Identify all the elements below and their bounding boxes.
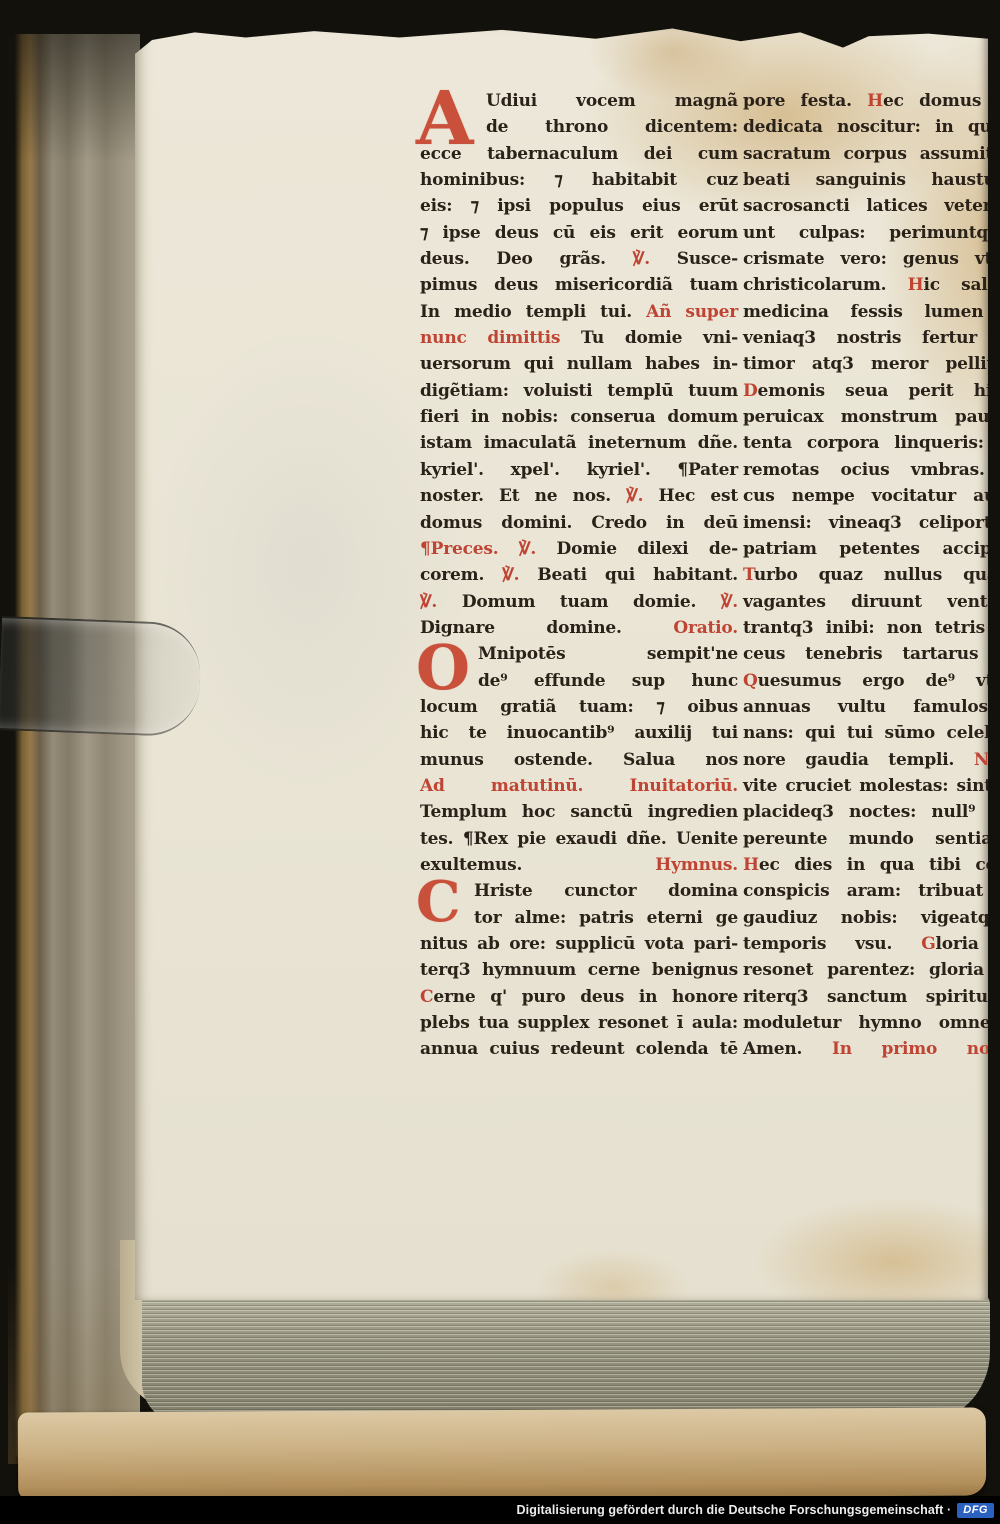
text-line: pore festa. Hec domus rite tibi <box>743 88 1000 114</box>
text-line: domus domini. Credo in deū <box>420 510 738 536</box>
text-line: beati sanguinis haustum. Hic <box>743 167 1000 193</box>
text-line: Hec dies in qua tibi consecratã <box>743 852 1000 878</box>
text-line: patriam petentes accipit omēs <box>743 536 1000 562</box>
text-line: vite cruciet molestas: sint dies leti <box>743 773 1000 799</box>
text-line: christicolarum. Hic salus egris <box>743 272 1000 298</box>
drop-cap-initial: C <box>416 874 460 930</box>
text-line: Amen. In primo noct'. añ. <box>743 1036 1000 1062</box>
text-line: gaudiuz nobis: vigeatq3 longo <box>743 905 1000 931</box>
text-line: temporis vsu. Gloria summū <box>743 931 1000 957</box>
text-line: Quesumus ergo de⁹ vt sereno <box>743 668 1000 694</box>
text-line: imensi: vineaq3 celiportaq3 vite <box>743 510 1000 536</box>
text-line: veniaq3 nostris fertur offensis: <box>743 325 1000 351</box>
text-line: cus nempe vocitatur aula regis <box>743 483 1000 509</box>
text-line: plebs tua supplex resonet ī aula: <box>420 1010 738 1036</box>
text-line: crismate vero: genus vt creetur <box>743 246 1000 272</box>
text-line: conspicis aram: tribuat perhēne <box>743 878 1000 904</box>
text-line: ceus tenebris tartarus horrens. <box>743 641 1000 667</box>
text-line: tes. ¶Rex pie exaudi dñe. Uenite <box>420 826 738 852</box>
text-line: Turbo quaz nullus quatit: aut <box>743 562 1000 588</box>
manuscript-page: Udiui vocem magnãde throno dicentem:ecce… <box>135 26 988 1300</box>
text-line: dedicata noscitur: in qua popul⁹ <box>743 114 1000 140</box>
page-holder-clip-blade <box>0 616 202 738</box>
text-line: sacrosancti latices veternas dilu <box>743 193 1000 219</box>
text-line: Demonis seua perit hic rapīa: <box>743 378 1000 404</box>
text-line: nans: qui tui sūmo celebrant ho- <box>743 720 1000 746</box>
text-line: annua cuius redeunt colenda tē <box>420 1036 738 1062</box>
text-line: pereunte mundo sentiat ignes. <box>743 826 1000 852</box>
digitization-credit-text: Digitalisierung gefördert durch die Deut… <box>517 1503 952 1517</box>
text-column-right: pore festa. Hec domus rite tibidedicata … <box>743 88 1000 1063</box>
book-scan-photo: Udiui vocem magnãde throno dicentem:ecce… <box>0 0 1000 1524</box>
text-line: nore gaudia templi. Nulla nos <box>743 747 1000 773</box>
text-line: exultemus. Hymnus. <box>420 852 738 878</box>
text-line: istam imaculatã ineternum dñe. <box>420 430 738 456</box>
text-line: unt culpas: perimuntq3 noxas <box>743 220 1000 246</box>
text-line: Cerne q' puro deus in honore <box>420 984 738 1010</box>
text-line: trantq3 inibi: non tetris ledit pi- <box>743 615 1000 641</box>
text-line: Ad matutinū. Inuitatoriū. <box>420 773 738 799</box>
text-line: moduletur hymno omne p cuū. <box>743 1010 1000 1036</box>
text-line: terq3 hymnuum cerne benignus <box>420 957 738 983</box>
text-line: nunc dimittis Tu domie vni- <box>420 325 738 351</box>
text-line: resonet parentez: gloria natū pa <box>743 957 1000 983</box>
text-line: ¶Preces. ℣. Domie dilexi de- <box>420 536 738 562</box>
text-line: corem. ℣. Beati qui habitant. <box>420 562 738 588</box>
text-line: pimus deus misericordiã tuam <box>420 272 738 298</box>
drop-cap-initial: A <box>416 82 473 156</box>
text-line: placideq3 noctes: null⁹ ex nobis <box>743 799 1000 825</box>
book-cover-board <box>18 1407 986 1500</box>
text-line: fieri in nobis: conserua domum <box>420 404 738 430</box>
text-line: hominibus: ⁊ habitabit cuz <box>420 167 738 193</box>
text-line: kyriel'. xpel'. kyriel'. ¶Pater <box>420 457 738 483</box>
text-line: nitus ab ore: supplicū vota pari- <box>420 931 738 957</box>
text-column-left: Udiui vocem magnãde throno dicentem:ecce… <box>420 88 738 1063</box>
text-line: riterq3 sanctum spiritum: dulci <box>743 984 1000 1010</box>
text-line: timor atq3 meror pellitur omis <box>743 351 1000 377</box>
text-line: sacratum corpus assumit: bibit ⁊ <box>743 141 1000 167</box>
dfg-logo: DFG <box>957 1503 994 1518</box>
text-line: hic te inuocantib⁹ auxilij tui <box>420 720 738 746</box>
text-line: tor alme: patris eterni ge <box>420 905 738 931</box>
text-line: peruicax monstrum pauet ⁊ re- <box>743 404 1000 430</box>
text-line: deus. Deo grãs. ℣. Susce- <box>420 246 738 272</box>
drop-cap-initial: O <box>416 637 470 699</box>
text-line: vagantes diruunt venti: pene- <box>743 589 1000 615</box>
page-holder-clip <box>0 610 210 746</box>
text-line: medicina fessis lumen orbatis: <box>743 299 1000 325</box>
digitization-banner: Digitalisierung gefördert durch die Deut… <box>0 1496 1000 1524</box>
text-line: ⁊ ipse deus cū eis erit eorum <box>420 220 738 246</box>
text-line: munus ostende. Salua nos <box>420 747 738 773</box>
text-line: Templum hoc sanctū ingredien <box>420 799 738 825</box>
text-line: digẽtiam: voluisti templū tuum <box>420 378 738 404</box>
text-line: tenta corpora linqueris: fugit in <box>743 430 1000 456</box>
text-line: remotas ocius vmbras. Hic lo <box>743 457 1000 483</box>
text-line: noster. Et ne nos. ℣. Hec est <box>420 483 738 509</box>
text-line: In medio templi tui. Añ super <box>420 299 738 325</box>
text-line: Hriste cunctor domina <box>420 878 738 904</box>
text-line: annuas vultu famulos guber- <box>743 694 1000 720</box>
page-edge-stack <box>142 1292 990 1424</box>
text-line: ℣. Domum tuam domie. ℣. <box>420 589 738 615</box>
text-line: eis: ⁊ ipsi populus eius erūt <box>420 193 738 219</box>
text-line: uersorum qui nullam habes in- <box>420 351 738 377</box>
